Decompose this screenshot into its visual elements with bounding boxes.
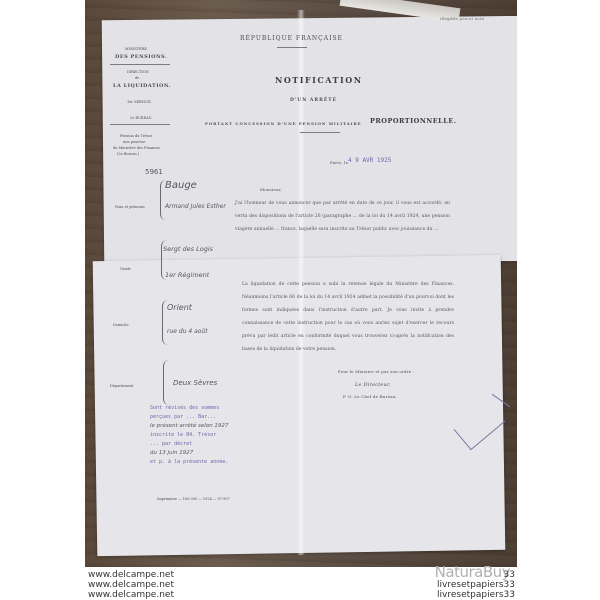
body-paragraph-2: La liquidation de cette pension a subi l… (242, 278, 454, 356)
stamp-line: inscrite le 84. Trésor (150, 431, 228, 440)
seller-watermark: livresetpapiers33 (437, 590, 515, 600)
subject-small: PORTANT CONCESSION D'UNE PENSION MILITAI… (205, 121, 362, 126)
service-label: 1er SERVICE. (127, 100, 152, 104)
note-line-2: non pourvue (123, 140, 145, 144)
body-paragraph-1: J'ai l'honneur de vous annoncer que par … (235, 197, 450, 236)
divider (277, 47, 307, 48)
stamp-line: le présent arrêté selon 1927 (150, 422, 228, 431)
republic-heading: RÉPUBLIQUE FRANÇAISE (240, 35, 343, 42)
note-line-4: (2e Bureau.) (117, 152, 139, 156)
date-label: Paris, le (330, 160, 348, 165)
hw-grade-1: Sergt des Logis (163, 245, 213, 253)
stamp-line: Sont révisés des sommes (150, 404, 228, 413)
stamp-line: ... par décret (150, 440, 228, 449)
divider (110, 64, 170, 65)
direction-de: de (135, 76, 139, 80)
direction-name: LA LIQUIDATION. (113, 83, 171, 89)
stamp-line: et p. à la présente année. (150, 458, 228, 467)
brace-department (163, 360, 170, 405)
label-grade: Grade (120, 267, 131, 271)
printer-imprint: Imprimerie — 100.000 — 1924 — 97.907 (157, 497, 230, 501)
ministry-name: DES PENSIONS. (115, 54, 167, 60)
delcampe-watermark: www.delcampe.net (88, 580, 174, 590)
label-domicile: Domicile (113, 323, 129, 327)
hw-department: Deux Sèvres (173, 379, 217, 387)
file-number: 5961 (145, 168, 163, 176)
date-stamp: 4 9 AVR 1925 (348, 157, 391, 164)
divider (110, 124, 170, 125)
document-photo: illegible pencil note RÉPUBLIQUE FRANÇAI… (85, 0, 517, 567)
hw-surname: Bauge (165, 180, 197, 191)
note-line-1: Pension du Trésor (120, 134, 152, 138)
bureau-label: 2e BUREAU. (130, 116, 152, 120)
label-name: Nom et prénoms (115, 205, 145, 209)
stamp-line: perçues par ... Bar... (150, 413, 228, 422)
signatory: P. O. Le Chef de Bureau, (343, 394, 397, 399)
naturabuy-logo-suffix: 33 (504, 570, 515, 580)
seller-watermark: livresetpapiers33 (437, 580, 515, 590)
hw-grade-2: 1er Régiment (165, 271, 209, 279)
divider (300, 132, 340, 133)
hw-first-names: Armand Jules Esther (165, 203, 226, 210)
note-line-3: du Ministère des Finances (113, 146, 160, 150)
document-subtitle: D'UN ARRÊTÉ (290, 98, 337, 103)
naturabuy-logo: NaturaBuy (435, 563, 510, 581)
direction-small: DIRECTION (127, 70, 149, 74)
closing-line: Pour le Ministre et par son ordre : (338, 369, 415, 374)
director-title: Le Directeur, (355, 382, 391, 388)
revision-stamp: Sont révisés des sommes perçues par ... … (150, 404, 228, 467)
label-department: Département (110, 384, 133, 388)
top-pencil-note: illegible pencil note (440, 16, 484, 21)
stamp-line: du 13 juin 1927 (150, 449, 228, 458)
ministry-small: MINISTÈRE (125, 47, 147, 51)
document-title: NOTIFICATION (275, 75, 363, 85)
hw-domicile-1: Orient (167, 303, 192, 312)
delcampe-watermark: www.delcampe.net (88, 590, 174, 600)
subject-big: PROPORTIONNELLE. (370, 117, 457, 125)
hw-domicile-2: rue du 4 août (167, 328, 208, 335)
salutation: Monsieur, (260, 187, 282, 192)
delcampe-watermark: www.delcampe.net (88, 570, 174, 580)
